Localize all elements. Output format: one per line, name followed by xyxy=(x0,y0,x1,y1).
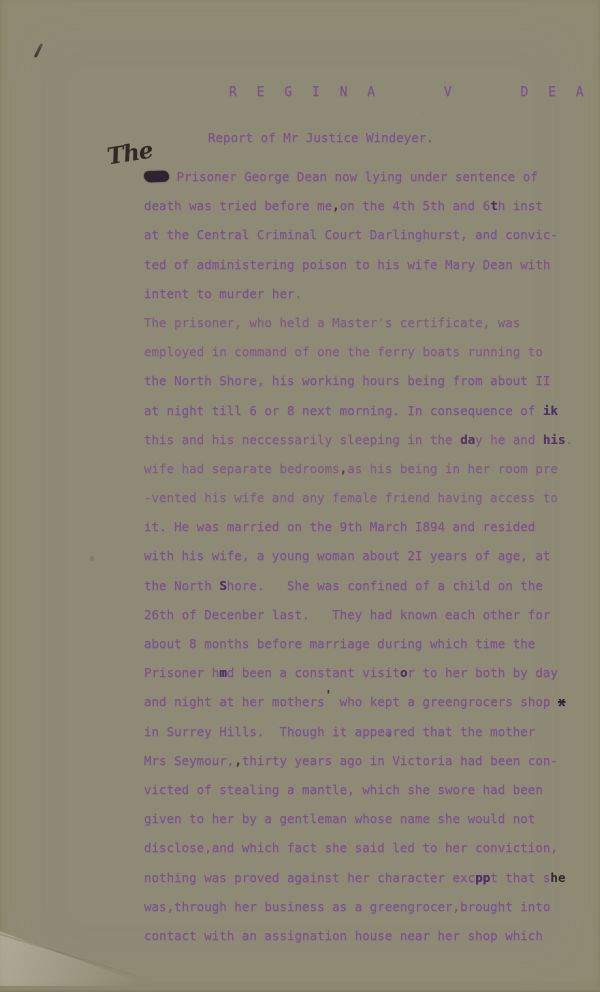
document-line: Prisoner George Dean now lying under sen… xyxy=(144,162,594,191)
document-line: The prisoner, who held a Master's certif… xyxy=(144,308,594,337)
document-line: intent to murder her. xyxy=(144,279,594,308)
document-line: in Surrey Hills. Though it appeared that… xyxy=(144,717,594,746)
document-page: R E G I N A V D E A N . Report of Mr Jus… xyxy=(0,0,600,992)
document-line: given to her by a gentleman whose name s… xyxy=(144,804,594,833)
document-line: at the Central Criminal Court Darlinghur… xyxy=(144,220,594,249)
document-line: this and his neccessarily sleeping in th… xyxy=(144,425,594,454)
document-line: death was tried before me,on the 4th 5th… xyxy=(144,191,594,220)
document-line: wife had separate bedrooms,as his being … xyxy=(144,454,594,483)
ink-speck xyxy=(421,112,425,115)
ink-speck xyxy=(90,556,94,561)
paper-fold xyxy=(0,916,150,986)
document-line: with his wife, a young woman about 2I ye… xyxy=(144,541,594,570)
document-title: R E G I N A V D E A N . xyxy=(229,85,600,100)
obliterated-word xyxy=(144,171,169,183)
document-line: nothing was proved against her character… xyxy=(144,863,594,892)
document-line: the North Shore. She was confined of a c… xyxy=(144,571,594,600)
paper-bottom-edge xyxy=(0,985,600,992)
document-lines: Prisoner George Dean now lying under sen… xyxy=(144,162,594,950)
document-line: it. He was married on the 9th March I894… xyxy=(144,512,594,541)
pen-tick-mark xyxy=(34,43,43,58)
document-line: ted of administering poison to his wife … xyxy=(144,250,594,279)
document-line: and night at her mothers' who kept a gre… xyxy=(144,687,594,716)
document-line: contact with an assignation house near h… xyxy=(144,921,594,950)
document-line: victed of stealing a mantle, which she s… xyxy=(144,775,594,804)
document-subtitle: Report of Mr Justice Windeyer. xyxy=(208,130,434,145)
document-line: Prisoner hmd been a constant visitor to … xyxy=(144,658,594,687)
document-line: the North Shore, his working hours being… xyxy=(144,366,594,395)
document-line: Mrs Seymour,,thirty years ago in Victori… xyxy=(144,746,594,775)
document-line: at night till 6 or 8 next morning. In co… xyxy=(144,396,594,425)
document-line: -vented his wife and any female friend h… xyxy=(144,483,594,512)
document-line: was,through her business as a greengroce… xyxy=(144,892,594,921)
document-line: employed in command of one the ferry boa… xyxy=(144,337,594,366)
document-line: disclose,and which fact she said led to … xyxy=(144,833,594,862)
document-line: about 8 months before marriage during wh… xyxy=(144,629,594,658)
document-line: 26th of Decenber last. They had known ea… xyxy=(144,600,594,629)
